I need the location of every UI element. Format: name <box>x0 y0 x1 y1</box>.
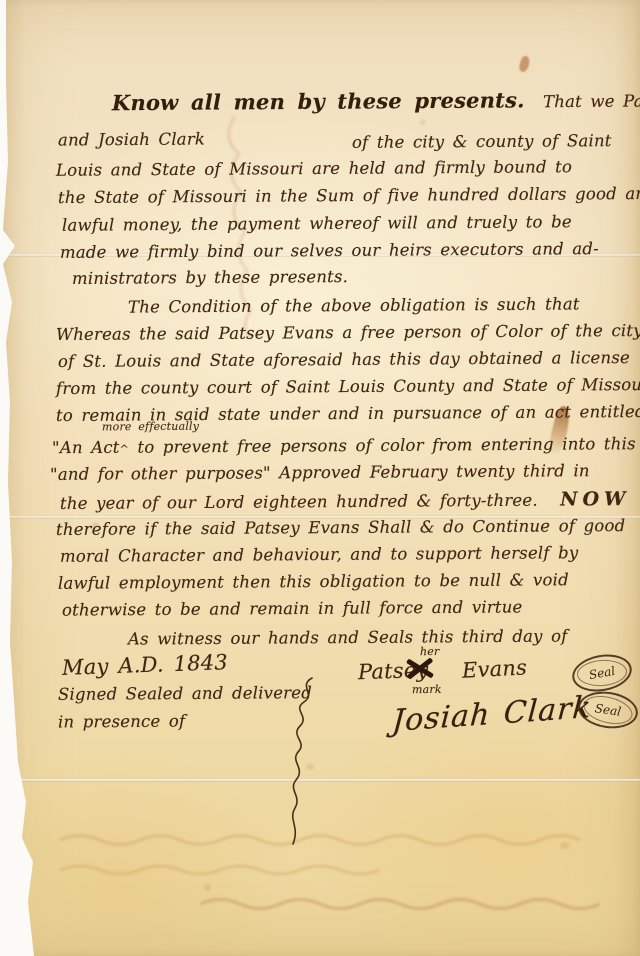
foxing-stain <box>420 120 426 125</box>
doc-line-year: the year of our Lord eighteen hundred & … <box>60 488 631 516</box>
seal-scribble: Seal <box>569 650 634 696</box>
now-word: NOW <box>560 488 630 510</box>
opening-phrase: Know all men by these presents. <box>112 87 525 115</box>
doc-line: The Condition of the above obligation is… <box>128 294 580 318</box>
bleed-through-marks <box>0 812 640 942</box>
attestation-line: Signed Sealed and delivered <box>58 683 312 705</box>
interlinear-insertion: more effectually <box>102 421 199 433</box>
doc-line-opening: Know all men by these presents. That we … <box>112 86 640 117</box>
opening-rest: That we Patsey Evans, <box>543 91 640 111</box>
doc-line: moral Character and behaviour, and to su… <box>60 543 579 567</box>
year-text: the year of our Lord eighteen hundred & … <box>60 491 538 513</box>
doc-line: from the county court of Saint Louis Cou… <box>56 375 640 400</box>
mark-label: mark <box>412 684 442 695</box>
doc-line: therefore if the said Patsey Evans Shall… <box>56 516 625 541</box>
doc-line: Whereas the said Patsey Evans a free per… <box>56 321 640 346</box>
act-quote-start: "An Act <box>52 438 120 457</box>
seal-label: Seal <box>594 702 622 718</box>
doc-line-act: "An Act^ to prevent free persons of colo… <box>52 434 640 459</box>
doc-line: of St. Louis and State aforesaid has thi… <box>58 348 630 373</box>
doc-line: made we firmly bind our selves our heirs… <box>60 239 599 263</box>
patsey-mark-x <box>405 656 435 680</box>
insertion-caret: ^ <box>120 443 130 456</box>
doc-line: "and for other purposes" Approved Februa… <box>50 461 590 485</box>
paper-sheet: Know all men by these presents. That we … <box>0 0 640 956</box>
foxing-stain <box>306 764 314 770</box>
doc-line: the State of Missouri in the Sum of five… <box>58 184 640 209</box>
doc-line: As witness our hands and Seals this thir… <box>128 626 568 650</box>
patsey-last-name: Evans <box>461 654 527 684</box>
foxing-stain <box>204 884 211 891</box>
doc-line: otherwise to be and remain in full force… <box>62 597 523 621</box>
doc-line: and Josiah Clark <box>58 129 205 151</box>
date-line: May A.D. 1843 <box>62 649 229 681</box>
josiah-signature: Josiah Clark <box>391 693 592 737</box>
doc-line: lawful employment then this obligation t… <box>58 570 569 594</box>
small-stain <box>518 55 532 73</box>
fold-crease <box>0 778 640 782</box>
document-scan: Know all men by these presents. That we … <box>0 0 640 956</box>
attestation-line: in presence of <box>58 712 185 734</box>
doc-line: lawful money, the payment whereof will a… <box>62 212 572 236</box>
doc-line: ministrators by these presents. <box>72 267 348 290</box>
doc-line: of the city & county of Saint <box>352 131 612 153</box>
doc-line: Louis and State of Missouri are held and… <box>56 157 572 181</box>
act-body: to prevent free persons of color from en… <box>137 434 635 456</box>
foxing-stain <box>560 842 569 849</box>
